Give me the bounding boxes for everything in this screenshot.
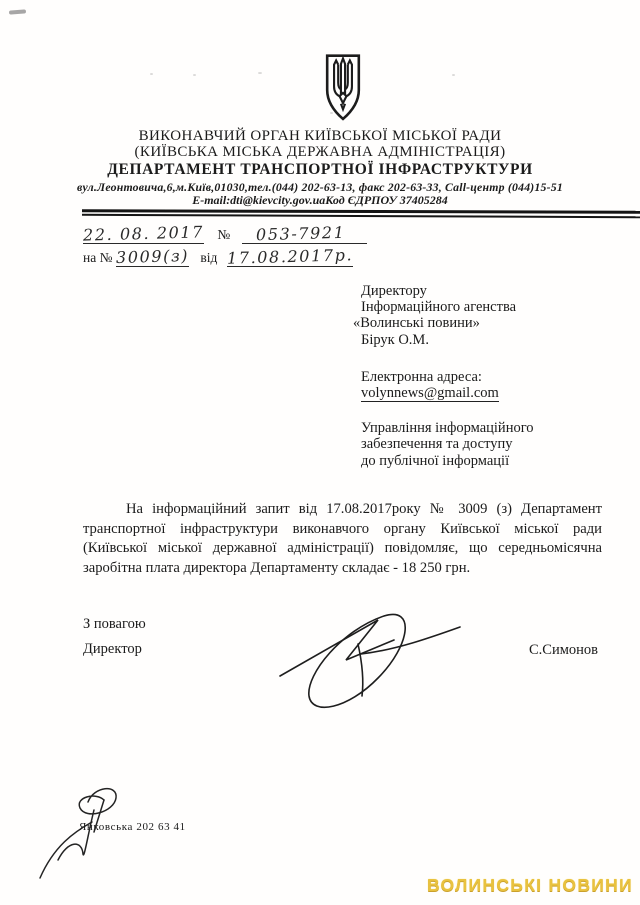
unit-line3: до публічної інформації bbox=[361, 453, 534, 469]
org-name-line2: (КИЇВСЬКА МІСЬКА ДЕРЖАВНА АДМІНІСТРАЦІЯ) bbox=[0, 144, 640, 160]
org-name-line1: ВИКОНАВЧИЙ ОРГАН КИЇВСЬКОЇ МІСЬКОЇ РАДИ bbox=[0, 128, 640, 144]
scan-speck bbox=[452, 74, 455, 76]
recipient-email-label: Електронна адреса: bbox=[361, 369, 516, 385]
scan-smudge bbox=[9, 9, 26, 14]
outgoing-row: 22. 08. 2017 № 053-7921 bbox=[83, 224, 367, 244]
unit-line1: Управління інформаційного bbox=[361, 420, 534, 436]
recipient-agency-name: «Волинські повини» bbox=[353, 315, 516, 331]
incoming-number-handwritten: 3009(з) bbox=[116, 246, 190, 267]
reference-block: 22. 08. 2017 № 053-7921 на № 3009(з) від… bbox=[83, 224, 367, 270]
unit-block: Управління інформаційного забезпечення т… bbox=[361, 420, 534, 469]
closing-phrase: З повагою bbox=[83, 616, 146, 633]
scan-speck bbox=[193, 74, 196, 76]
number-sign-label: № bbox=[217, 227, 230, 242]
executor-contact: Янковська 202 63 41 bbox=[79, 821, 186, 833]
letterhead: ВИКОНАВЧИЙ ОРГАН КИЇВСЬКОЇ МІСЬКОЇ РАДИ … bbox=[0, 128, 640, 207]
header-divider-bottom bbox=[82, 214, 640, 218]
scan-speck bbox=[150, 73, 153, 75]
recipient-person: Бірук О.М. bbox=[361, 332, 516, 348]
scan-speck bbox=[258, 72, 262, 74]
spacer bbox=[361, 348, 516, 369]
outgoing-number-handwritten: 053-7921 bbox=[255, 223, 345, 244]
incoming-row: на № 3009(з) від 17.08.2017р. bbox=[83, 247, 367, 267]
recipient-email: volynnews@gmail.com bbox=[361, 385, 499, 402]
outgoing-date-handwritten: 22. 08. 2017 bbox=[83, 222, 204, 244]
signer-name: С.Симонов bbox=[529, 642, 598, 659]
volynski-novyny-watermark: ВОЛИНСЬКІ НОВИНИ bbox=[427, 875, 633, 896]
incoming-date-handwritten: 17.08.2017р. bbox=[227, 245, 354, 268]
ukraine-trident-emblem bbox=[321, 50, 365, 126]
signer-title: Директор bbox=[83, 641, 142, 658]
recipient-block: Директору Інформаційного агенства «Волин… bbox=[361, 283, 516, 401]
org-email-edrpou: E-mail:dti@kievcity.gov.uaКод ЄДРПОУ 374… bbox=[0, 194, 640, 207]
recipient-agency: Інформаційного агенства bbox=[361, 299, 516, 315]
scanned-letter-page: ВИКОНАВЧИЙ ОРГАН КИЇВСЬКОЇ МІСЬКОЇ РАДИ … bbox=[0, 0, 640, 905]
letter-body-paragraph: На інформаційний запит від 17.08.2017рок… bbox=[83, 500, 602, 578]
recipient-position: Директору bbox=[361, 283, 516, 299]
unit-line2: забезпечення та доступу bbox=[361, 436, 534, 452]
reply-prefix-label: на № bbox=[83, 250, 112, 265]
director-signature-scribble bbox=[266, 604, 471, 716]
header-divider-top bbox=[82, 209, 640, 213]
department-name: ДЕПАРТАМЕНТ ТРАНСПОРТНОЇ ІНФРАСТРУКТУРИ bbox=[0, 161, 640, 178]
reply-from-label: від bbox=[200, 250, 217, 265]
